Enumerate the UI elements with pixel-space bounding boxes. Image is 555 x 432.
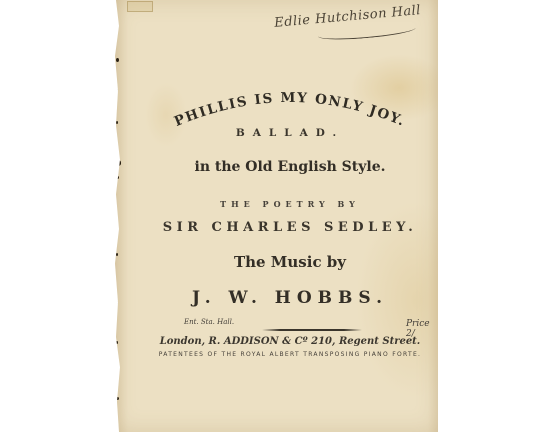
stamp-outline	[127, 1, 153, 12]
sheet-music-cover-page: Edlie Hutchison Hall PHILLIS IS MY ONLY …	[114, 0, 438, 432]
binding-speck	[115, 366, 118, 369]
binding-speck	[116, 58, 119, 62]
binding-speck	[115, 301, 118, 304]
scan-background: Edlie Hutchison Hall PHILLIS IS MY ONLY …	[0, 0, 555, 432]
divider-rule	[262, 329, 362, 331]
owner-signature: Edlie Hutchison Hall	[274, 0, 455, 31]
binding-speck	[116, 341, 118, 344]
publisher-line: London, R. ADDISON & Cº 210, Regent Stre…	[144, 336, 436, 347]
genre-subtitle: BALLAD.	[144, 127, 436, 139]
poet-name: SIR CHARLES SEDLEY.	[144, 220, 436, 235]
music-label: The Music by	[144, 253, 436, 271]
poetry-label: THE POETRY BY	[144, 199, 436, 209]
binding-speck	[115, 24, 118, 27]
binding-speck	[116, 176, 119, 179]
composer-name: J. W. HOBBS.	[144, 288, 436, 308]
svg-text:PHILLIS IS MY ONLY JOY.: PHILLIS IS MY ONLY JOY.	[172, 90, 408, 130]
binding-speck	[116, 121, 118, 124]
binding-speck	[115, 221, 118, 224]
patent-note: PATENTEES OF THE ROYAL ALBERT TRANSPOSIN…	[144, 351, 436, 358]
title-text: PHILLIS IS MY ONLY JOY.	[172, 90, 408, 130]
binding-speck	[116, 397, 119, 400]
entered-stationers-hall-note: Ent. Sta. Hall.	[184, 318, 234, 326]
binding-speck	[116, 253, 118, 256]
signature-flourish	[318, 27, 416, 43]
binding-speck	[115, 89, 118, 92]
style-line: in the Old English Style.	[144, 159, 436, 175]
binding-speck	[114, 160, 121, 166]
